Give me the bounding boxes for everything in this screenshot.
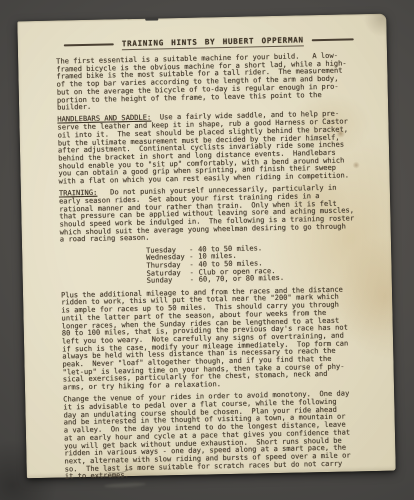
training-schedule: Tuesday-40 to 50 miles. Wednesday-10 mil… [146,242,367,285]
title-rule-left-icon [64,43,114,46]
schedule-miles: 60, 70, or 80 miles. [199,274,285,283]
section-handlebars-saddle: HANDLEBARS AND SADDLE: Use a fairly wide… [57,110,364,186]
document-page: TRAINING HINTS BY HUBERT OPPERMAN The fi… [17,14,395,479]
intro-paragraph: The first essential is a suitable machin… [56,51,363,111]
document-body: TRAINING HINTS BY HUBERT OPPERMAN The fi… [56,34,371,480]
title-row: TRAINING HINTS BY HUBERT OPPERMAN [56,34,362,50]
variety-paragraph: Change the venue of your rides in order … [63,389,371,480]
background-scuff [104,482,146,488]
section-training: TRAINING: Do not punish yourself unneces… [59,183,366,243]
page-title: TRAINING HINTS BY HUBERT OPPERMAN [122,35,304,50]
photo-background: TRAINING HINTS BY HUBERT OPPERMAN The fi… [0,0,414,500]
mileage-paragraph: Plus the additional mileage to and from … [61,285,369,392]
schedule-separator: - [190,276,199,284]
title-rule-right-icon [312,38,354,41]
edge-notch [145,18,158,21]
schedule-day: Sunday [147,276,190,285]
section-body-training: Do not punish yourself unnecessarily, pa… [59,183,354,244]
